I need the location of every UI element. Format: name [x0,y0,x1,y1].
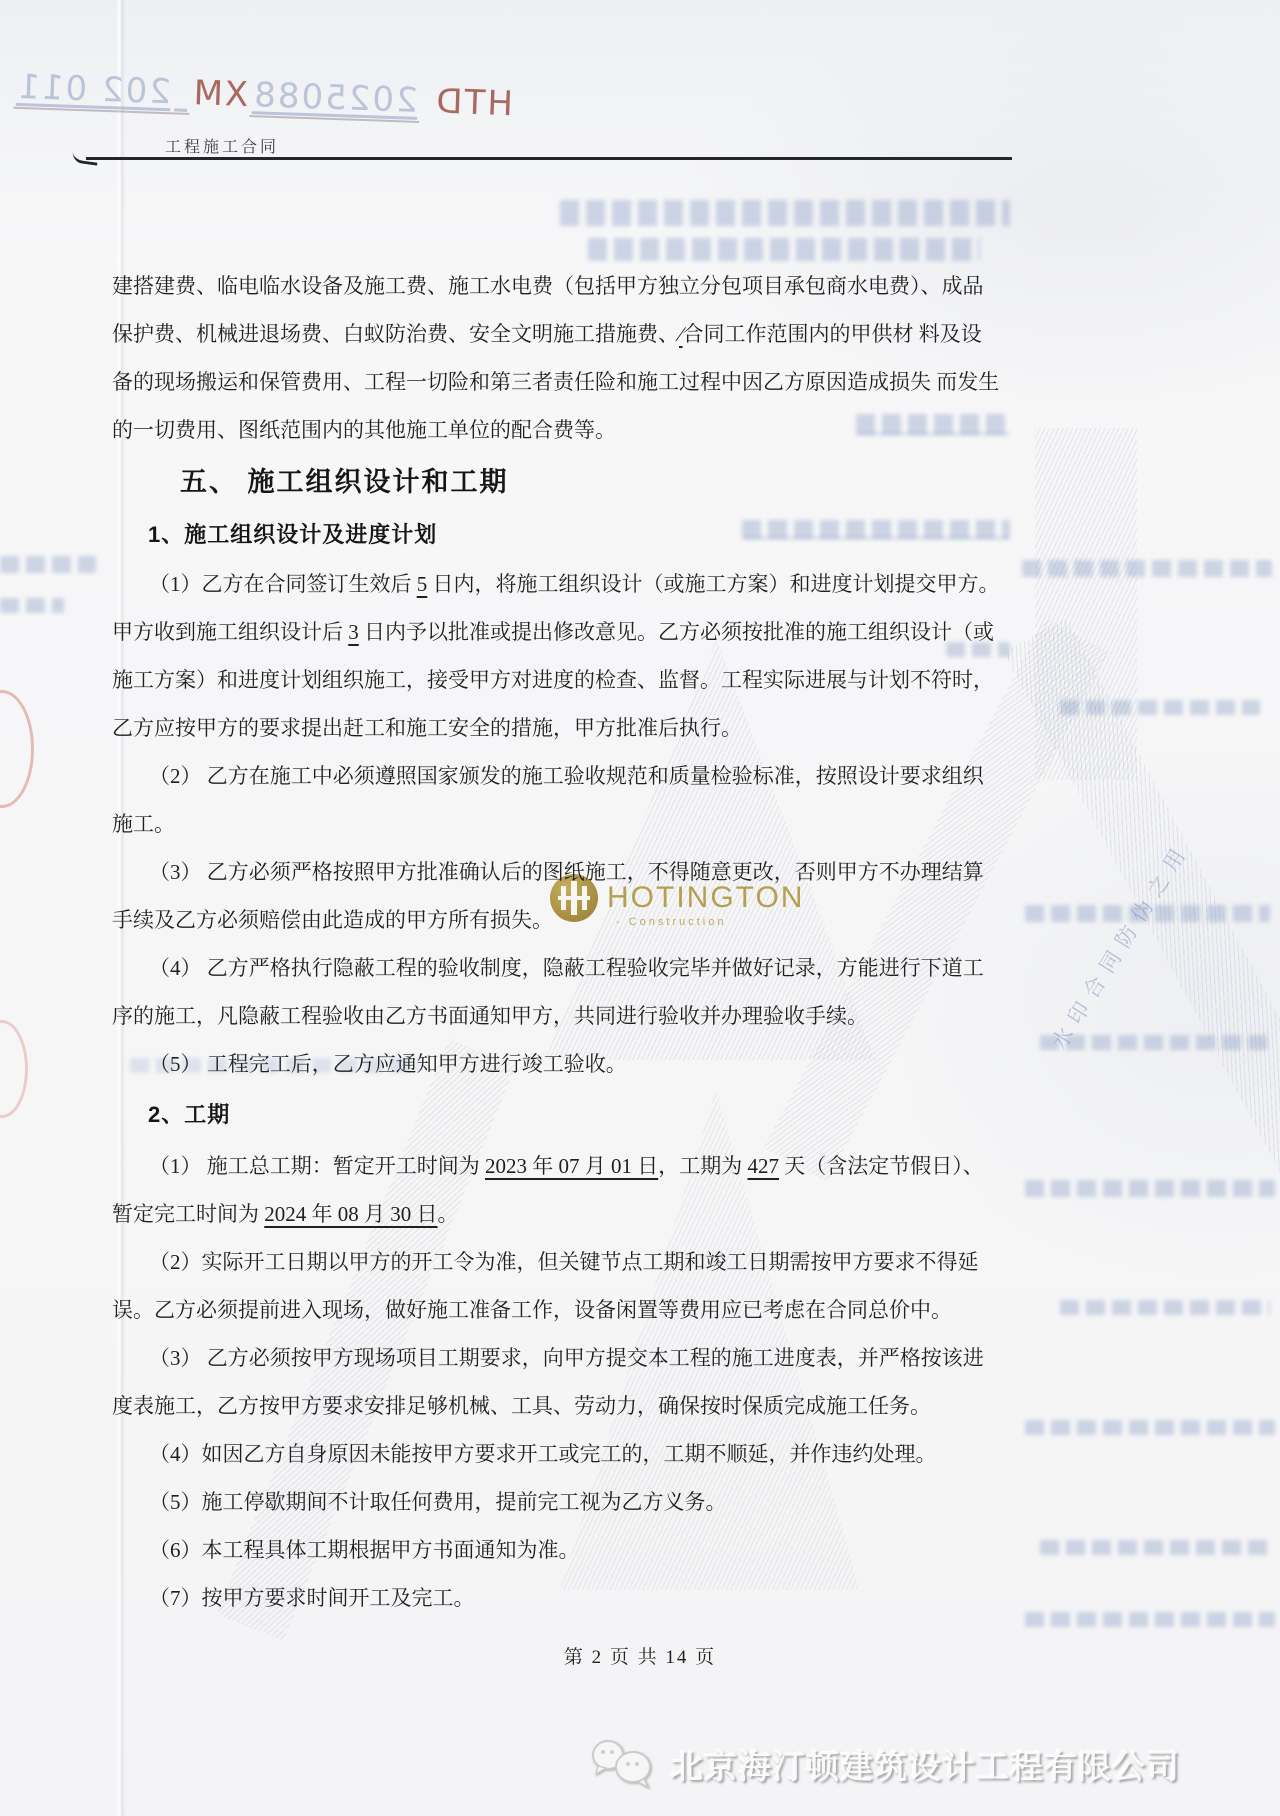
clause-line: 误。乙方必须提前进入现场，做好施工准备工作，设备闲置等费用应已考虑在合同总价中。 [112,1286,1012,1334]
bleed-through-fragment [1040,1035,1270,1050]
clause-line: （3） 乙方必须按甲方现场项目工期要求，向甲方提交本工程的施工进度表，并严格按该… [112,1334,1012,1382]
clause-line: 度表施工，乙方按甲方要求安排足够机械、工具、劳动力，确保按时保质完成施工任务。 [112,1382,1012,1430]
bleed-through-fragment [1025,1180,1275,1197]
bleed-through-fragment [1025,1420,1275,1435]
clause-line: （5）施工停歇期间不计取任何费用，提前完工视为乙方义务。 [112,1478,1012,1526]
company-footer: 北京海汀顿建筑设计工程有限公司 [586,1738,1180,1790]
bleed-through-fragment [0,598,64,613]
clause-line: 序的施工，凡隐蔽工程验收由乙方书面通知甲方，共同进行验收并办理验收手续。 [112,992,1012,1040]
company-logo-icon [586,1738,660,1790]
clause-line: 备的现场搬运和保管费用、工程一切险和第三者责任险和施工过程中因乙方原因造成损失 … [112,358,1012,406]
clause-line: （4）如因乙方自身原因未能按甲方要求开工或完工的，工期不顺延，并作违约处理。 [112,1430,1012,1478]
clause-line: 的一切费用、图纸范围内的其他施工单位的配合费等。 [112,406,1012,454]
subsection-heading-2: 2、工期 [112,1088,1012,1142]
clause-line: 施工方案）和进度计划组织施工，接受甲方对进度的检查、监督。工程实际进展与计划不符… [112,656,1012,704]
page-number: 第 2 页 共 14 页 [0,1642,1280,1669]
clause-line: （7）按甲方要求时间开工及完工。 [112,1574,1012,1622]
contract-body: 建搭建费、临电临水设备及施工费、施工水电费（包括甲方独立分包项目承包商水电费）、… [112,262,1012,1622]
clause-line: （2） 乙方在施工中必须遵照国家颁发的施工验收规范和质量检验标准，按照设计要求组… [112,752,1012,800]
scanned-contract-page: 水印合同防伪之用 HTD 2025088XM 202 011 工程施工合同 建搭… [0,0,1280,1816]
stamp-fragment [0,690,34,808]
clause-line: 暂定完工时间为 2024 年 08 月 30 日。 [112,1190,1012,1238]
bleed-through-fragment [588,238,980,261]
subsection-heading-1: 1、施工组织设计及进度计划 [112,510,1012,560]
doc-header-label: 工程施工合同 [165,134,279,157]
clause-line: （1） 施工总工期：暂定开工时间为 2023 年 07 月 01 日，工期为 4… [112,1142,1012,1190]
clause-line: （2）实际开工日期以甲方的开工令为准，但关键节点工期和竣工日期需按甲方要求不得延 [112,1238,1012,1286]
clause-line: （4） 乙方严格执行隐蔽工程的验收制度，隐蔽工程验收完毕并做好记录，方能进行下道… [112,944,1012,992]
company-name: 北京海汀顿建筑设计工程有限公司 [670,1741,1180,1788]
halftone-watermark-shape [1035,428,1137,780]
bleed-through-fragment [1025,905,1270,922]
bleed-through-fragment [1060,1300,1270,1315]
clause-line: （5） 工程完工后，乙方应通知甲方进行竣工验收。 [112,1040,1012,1088]
clause-line: 甲方收到施工组织设计后 3 日内予以批准或提出修改意见。乙方必须按批准的施工组织… [112,608,1012,656]
bleed-through-fragment [1060,700,1260,715]
halftone-watermark-shape [1003,618,1280,1182]
clause-line: （6）本工程具体工期根据甲方书面通知为准。 [112,1526,1012,1574]
clause-line: 施工。 [112,800,1012,848]
bleed-through-fragment [1022,560,1272,577]
stamp-fragment [0,1020,28,1118]
clause-line: 建搭建费、临电临水设备及施工费、施工水电费（包括甲方独立分包项目承包商水电费）、… [112,262,1012,310]
anticounterfeit-watermark-text: 水印合同防伪之用 [1044,835,1197,1054]
clause-line: 保护费、机械进退场费、白蚁防治费、安全文明施工措施费、∕合同工作范围内的甲供材 … [112,310,1012,358]
clause-line: （3） 乙方必须严格按照甲方批准确认后的图纸施工，不得随意更改，否则甲方不办理结… [112,848,1012,896]
bleed-through-fragment [0,556,96,573]
bleed-through-fragment [1040,1540,1270,1555]
header-rule [86,157,1012,160]
clause-line: 手续及乙方必须赔偿由此造成的甲方所有损失。 [112,896,1012,944]
section-heading-5: 五、 施工组织设计和工期 [112,454,1012,510]
contract-number-handwriting-bleed: HTD 2025088XM 202 011 [39,68,515,125]
clause-line: （1）乙方在合同签订生效后 5 日内，将施工组织设计（或施工方案）和进度计划提交… [112,560,1012,608]
bleed-through-fragment [1025,1612,1275,1627]
clause-line: 乙方应按甲方的要求提出赶工和施工安全的措施，甲方批准后执行。 [112,704,1012,752]
bleed-through-fragment [560,200,1010,226]
